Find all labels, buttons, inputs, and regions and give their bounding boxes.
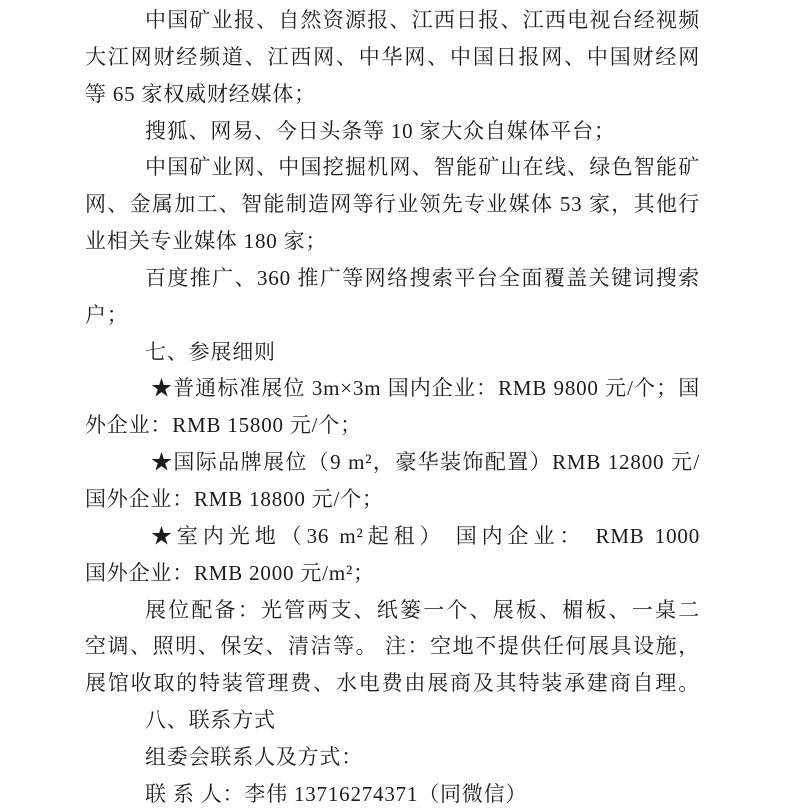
section-heading-7-exhibition-rules: 七、参展细则	[85, 334, 700, 371]
booth-rawspace-line-2: 国外企业：RMB 2000 元/m²；	[85, 555, 700, 592]
booth-equipment-line-1: 展位配备：光管两支、纸篓一个、展板、楣板、一桌二椅、	[85, 592, 700, 629]
contact-person-line: 联 系 人：李伟 13716274371（同微信）	[85, 776, 700, 811]
media-list-authority-line-3: 等 65 家权威财经媒体；	[85, 76, 700, 113]
media-list-search-line-2: 户；	[85, 297, 700, 334]
booth-international-line-2: 国外企业：RMB 18800 元/个；	[85, 481, 700, 518]
media-list-industry-line-3: 业相关专业媒体 180 家；	[85, 223, 700, 260]
media-list-search-line-1: 百度推广、360 推广等网络搜索平台全面覆盖关键词搜索客	[85, 260, 700, 297]
media-list-authority-line-1: 中国矿业报、自然资源报、江西日报、江西电视台经视频道、	[85, 2, 700, 39]
contact-committee-line: 组委会联系人及方式：	[85, 739, 700, 776]
booth-international-line-1: ★国际品牌展位（9 m²，豪华装饰配置）RMB 12800 元/个；	[85, 444, 700, 481]
booth-standard-line-2: 外企业：RMB 15800 元/个；	[85, 407, 700, 444]
section-heading-8-contact: 八、联系方式	[85, 702, 700, 739]
booth-equipment-line-3: 展馆收取的特装管理费、水电费由展商及其特装承建商自理。	[85, 665, 700, 702]
booth-rawspace-line-1: ★室内光地（36 m²起租） 国内企业： RMB 1000 元/m²；	[85, 518, 700, 555]
media-list-industry-line-2: 网、金属加工、智能制造网等行业领先专业媒体 53 家，其他行	[85, 186, 700, 223]
document-page: 中国矿业报、自然资源报、江西日报、江西电视台经视频道、 大江网财经频道、江西网、…	[0, 0, 794, 811]
booth-standard-line-1: ★普通标准展位 3m×3m 国内企业：RMB 9800 元/个；国	[85, 370, 700, 407]
booth-equipment-line-2: 空调、照明、保安、清洁等。 注：空地不提供任何展具设施，	[85, 628, 700, 665]
media-list-industry-line-1: 中国矿业网、中国挖掘机网、智能矿山在线、绿色智能矿业	[85, 149, 700, 186]
media-list-authority-line-2: 大江网财经频道、江西网、中华网、中国日报网、中国财经网等、	[85, 39, 700, 76]
media-list-selfmedia-line: 搜狐、网易、今日头条等 10 家大众自媒体平台；	[85, 113, 700, 150]
